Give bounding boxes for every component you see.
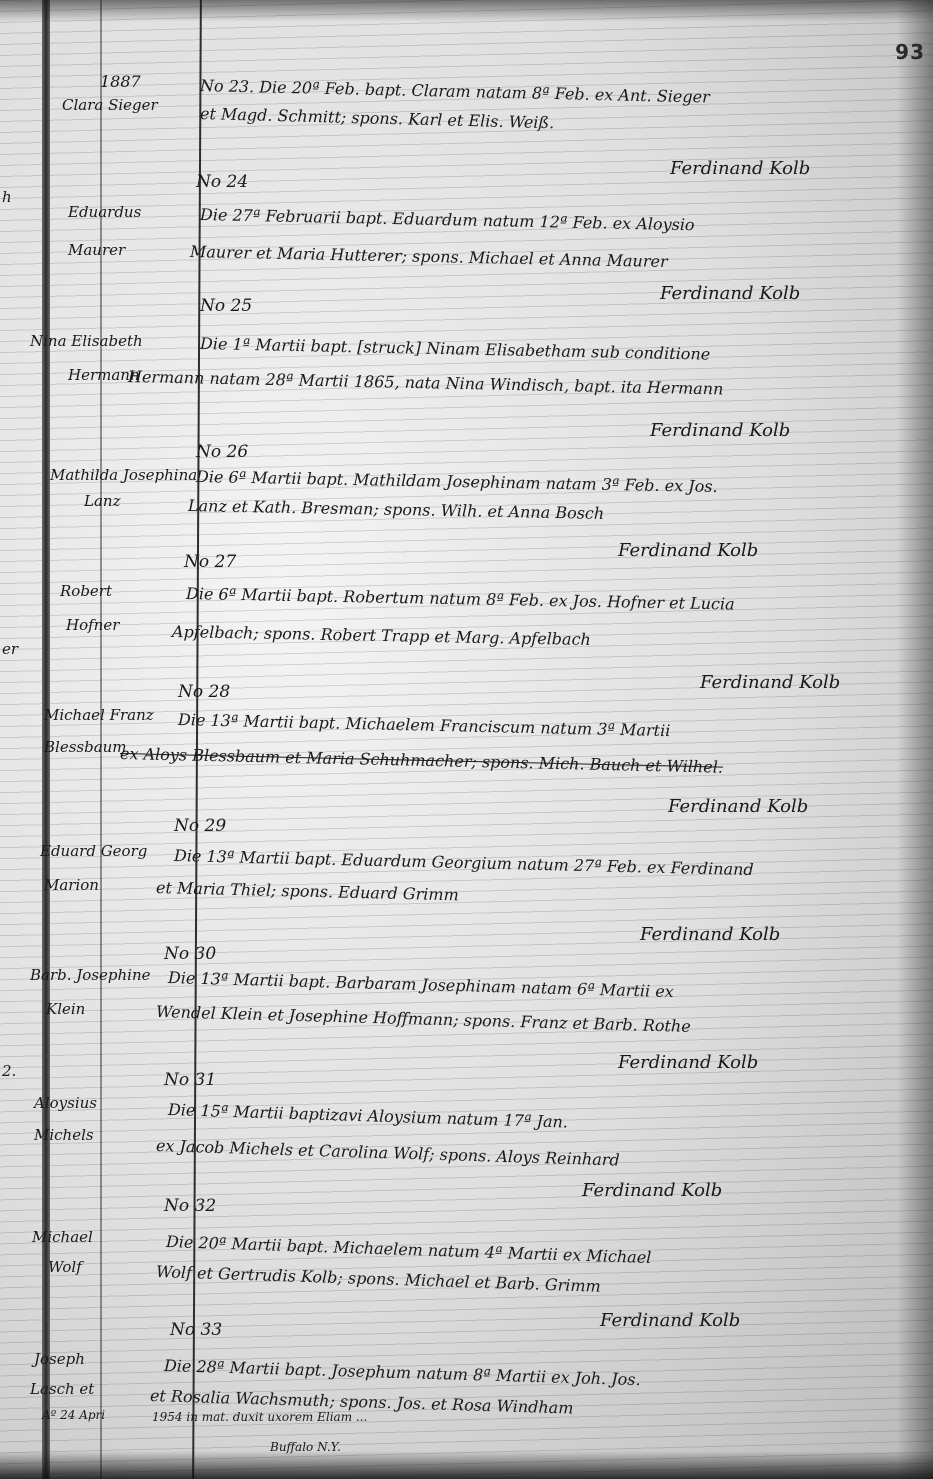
entry-line: Die 13ª Martii bapt. Michaelem Franciscu… [178, 710, 671, 740]
priest-signature: Ferdinand Kolb [618, 1052, 758, 1073]
entry-line: Die 6ª Martii bapt. Mathildam Josephinam… [196, 467, 718, 496]
entry-line: et Maria Thiel; spons. Eduard Grimm [156, 878, 459, 904]
margin-name: Lasch et [30, 1380, 94, 1399]
entry-line: Maurer et Maria Hutterer; spons. Michael… [190, 242, 668, 271]
entry-line: ex Jacob Michels et Carolina Wolf; spons… [156, 1136, 620, 1170]
scan-shadow-top [0, 0, 933, 22]
entry-line: Wendel Klein et Josephine Hoffmann; spon… [156, 1002, 691, 1036]
margin-name: Clara Sieger [62, 96, 158, 115]
margin-name: Joseph [34, 1350, 85, 1369]
priest-signature: Ferdinand Kolb [650, 420, 790, 441]
entry-number: No 25 [200, 296, 252, 316]
annotation-line: 1954 in mat. duxit uxorem Eliam ... [152, 1410, 367, 1424]
entry-line: ex Aloys Blessbaum et Maria Schuhmacher;… [120, 744, 723, 777]
entry-number: No 24 [196, 172, 248, 192]
margin-name: Marion [44, 876, 99, 895]
register-page: 93 h er 2. 1887 Clara Sieger No 23. Die … [0, 0, 933, 1479]
margin-name: Maurer [68, 241, 125, 260]
entry-line: Die 6ª Martii bapt. Robertum natum 8ª Fe… [186, 584, 735, 614]
entry-line: Die 13ª Martii bapt. Barbaram Josephinam… [168, 968, 674, 1001]
margin-name: Mathilda Josephina [50, 466, 197, 485]
margin-name: Michael [32, 1228, 93, 1247]
margin-name: Nina Elisabeth [30, 332, 143, 351]
margin-name: Wolf [48, 1258, 82, 1277]
margin-name: Aloysius [34, 1094, 97, 1113]
entry-number: No 28 [178, 682, 230, 702]
entry-line: Wolf et Gertrudis Kolb; spons. Michael e… [156, 1262, 601, 1296]
scan-shadow-right [897, 0, 933, 1479]
margin-name: Lanz [84, 492, 120, 511]
priest-signature: Ferdinand Kolb [618, 540, 758, 561]
entry-number: No 26 [196, 442, 248, 462]
entry-number: No 31 [164, 1070, 216, 1090]
entry-number: No 33 [170, 1320, 222, 1340]
margin-name: Robert [60, 582, 112, 601]
entry-line: Die 27ª Februarii bapt. Eduardum natum 1… [200, 205, 695, 234]
entry-line: Lanz et Kath. Bresman; spons. Wilh. et A… [188, 496, 605, 523]
annotation-line: Buffalo N.Y. [270, 1440, 341, 1454]
entry-line: Die 28ª Martii bapt. Josephum natum 8ª M… [164, 1356, 641, 1389]
priest-signature: Ferdinand Kolb [670, 158, 810, 179]
priest-signature: Ferdinand Kolb [582, 1180, 722, 1201]
entry-line: Die 20ª Martii bapt. Michaelem natum 4ª … [166, 1232, 652, 1267]
priest-signature: Ferdinand Kolb [660, 283, 800, 304]
left-sliver-fragment: h [2, 188, 12, 207]
margin-note: Aº 24 Apri [42, 1406, 105, 1425]
margin-name: Klein [46, 1000, 85, 1019]
priest-signature: Ferdinand Kolb [668, 796, 808, 817]
priest-signature: Ferdinand Kolb [600, 1310, 740, 1331]
entry-number: No 30 [164, 944, 216, 964]
year-marker: 1887 [100, 72, 141, 91]
priest-signature: Ferdinand Kolb [700, 672, 840, 693]
margin-name: Barb. Josephine [30, 966, 151, 985]
entry-line: Die 13ª Martii bapt. Eduardum Georgium n… [174, 846, 754, 879]
entry-line: Die 1ª Martii bapt. [struck] Ninam Elisa… [200, 334, 711, 364]
left-sliver-fragment: 2. [2, 1062, 16, 1081]
entry-number: No 32 [164, 1196, 216, 1216]
page-number: 93 [895, 40, 925, 64]
entry-line: No 23. Die 20ª Feb. bapt. Claram natam 8… [200, 76, 710, 107]
margin-name: Eduard Georg [40, 842, 147, 861]
entry-number: No 27 [184, 552, 236, 572]
entry-line: et Magd. Schmitt; spons. Karl et Elis. W… [200, 104, 555, 132]
margin-name: Hofner [66, 616, 119, 635]
margin-name: Michael Franz [44, 706, 154, 725]
priest-signature: Ferdinand Kolb [640, 924, 780, 945]
margin-name: Michels [34, 1126, 94, 1145]
margin-name: Blessbaum [44, 738, 127, 757]
left-sliver-fragment: er [2, 640, 18, 659]
margin-name: Eduardus [68, 203, 141, 222]
entry-line: Apfelbach; spons. Robert Trapp et Marg. … [172, 622, 591, 649]
entry-line: Die 15ª Martii baptizavi Aloysium natum … [168, 1100, 569, 1132]
entry-line: Hermann natam 28ª Martii 1865, nata Nina… [128, 367, 724, 398]
scan-shadow-bottom [0, 1451, 933, 1479]
entry-number: No 29 [174, 816, 226, 836]
